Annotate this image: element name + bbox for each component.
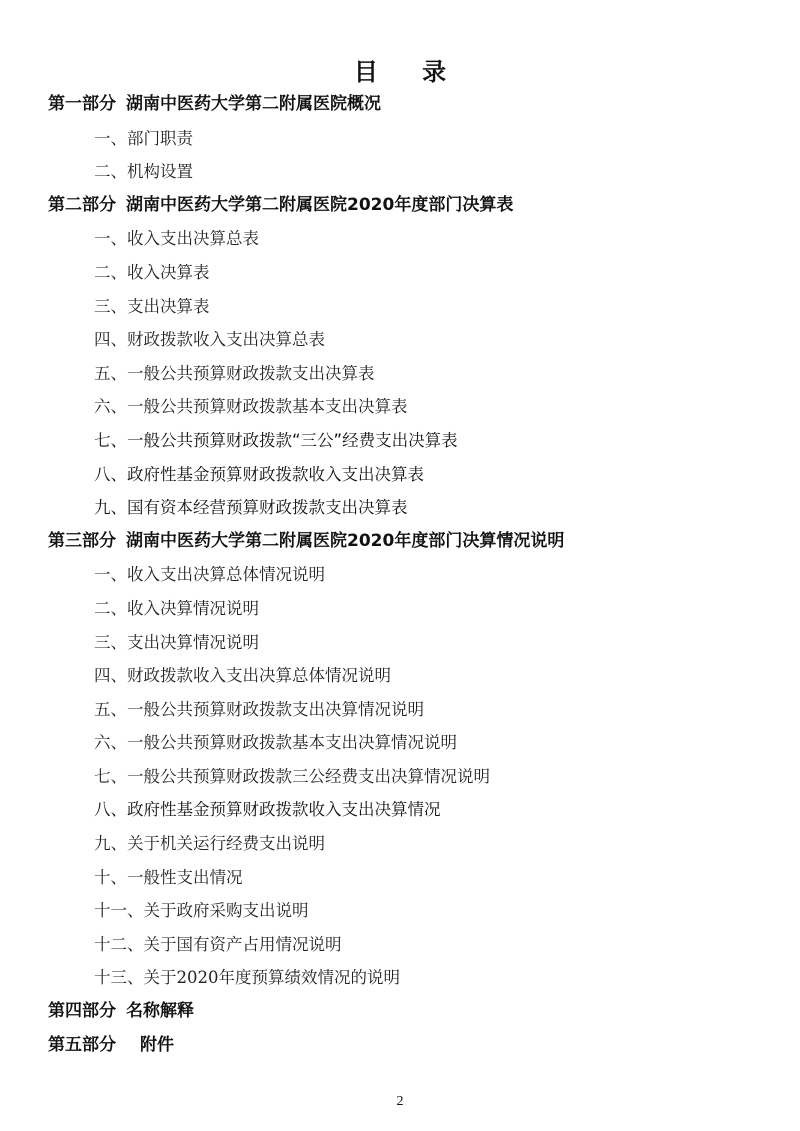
- toc-item[interactable]: 十、一般性支出情况: [48, 861, 768, 895]
- part-label: 第二部分: [48, 195, 116, 215]
- toc-item[interactable]: 八、政府性基金预算财政拨款收入支出决算情况: [48, 793, 768, 827]
- toc-item[interactable]: 一、部门职责: [48, 122, 768, 156]
- toc-part-1[interactable]: 第一部分湖南中医药大学第二附属医院概况: [48, 88, 768, 122]
- toc-item[interactable]: 七、一般公共预算财政拨款“三公”经费支出决算表: [48, 424, 768, 458]
- toc-item[interactable]: 四、财政拨款收入支出决算总表: [48, 323, 768, 357]
- toc-item[interactable]: 一、收入支出决算总体情况说明: [48, 558, 768, 592]
- toc-item[interactable]: 十三、关于2020年度预算绩效情况的说明: [48, 961, 768, 995]
- toc-item[interactable]: 七、一般公共预算财政拨款三公经费支出决算情况说明: [48, 760, 768, 794]
- toc-item[interactable]: 九、关于机关运行经费支出说明: [48, 827, 768, 861]
- toc-item[interactable]: 十一、关于政府采购支出说明: [48, 894, 768, 928]
- toc-item[interactable]: 四、财政拨款收入支出决算总体情况说明: [48, 659, 768, 693]
- part-label: 第四部分: [48, 1001, 116, 1021]
- part-label: 第五部分: [48, 1035, 116, 1055]
- toc-item[interactable]: 六、一般公共预算财政拨款基本支出决算情况说明: [48, 726, 768, 760]
- toc-item[interactable]: 五、一般公共预算财政拨款支出决算表: [48, 357, 768, 391]
- toc-item[interactable]: 六、一般公共预算财政拨款基本支出决算表: [48, 390, 768, 424]
- toc-item[interactable]: 十二、关于国有资产占用情况说明: [48, 928, 768, 962]
- toc-item[interactable]: 八、政府性基金预算财政拨款收入支出决算表: [48, 458, 768, 492]
- part-title: 附件: [140, 1035, 174, 1055]
- toc-item[interactable]: 三、支出决算表: [48, 290, 768, 324]
- toc-part-5[interactable]: 第五部分附件: [48, 1029, 768, 1063]
- toc-item[interactable]: 五、一般公共预算财政拨款支出决算情况说明: [48, 693, 768, 727]
- table-of-contents: 第一部分湖南中医药大学第二附属医院概况 一、部门职责 二、机构设置 第二部分湖南…: [48, 88, 768, 1062]
- toc-item[interactable]: 二、收入决算表: [48, 256, 768, 290]
- part-title: 湖南中医药大学第二附属医院2020年度部门决算情况说明: [126, 531, 564, 551]
- toc-item[interactable]: 二、机构设置: [48, 155, 768, 189]
- part-title: 湖南中医药大学第二附属医院2020年度部门决算表: [126, 195, 513, 215]
- toc-item[interactable]: 二、收入决算情况说明: [48, 592, 768, 626]
- part-label: 第一部分: [48, 94, 116, 114]
- part-title: 湖南中医药大学第二附属医院概况: [126, 94, 381, 114]
- toc-part-3[interactable]: 第三部分湖南中医药大学第二附属医院2020年度部门决算情况说明: [48, 525, 768, 559]
- toc-part-4[interactable]: 第四部分名称解释: [48, 995, 768, 1029]
- toc-part-2[interactable]: 第二部分湖南中医药大学第二附属医院2020年度部门决算表: [48, 189, 768, 223]
- part-title: 名称解释: [126, 1001, 194, 1021]
- toc-item[interactable]: 九、国有资本经营预算财政拨款支出决算表: [48, 491, 768, 525]
- page-title: 目 录: [0, 52, 800, 87]
- page-number: 2: [0, 1094, 800, 1110]
- part-label: 第三部分: [48, 531, 116, 551]
- toc-item[interactable]: 一、收入支出决算总表: [48, 222, 768, 256]
- toc-item[interactable]: 三、支出决算情况说明: [48, 626, 768, 660]
